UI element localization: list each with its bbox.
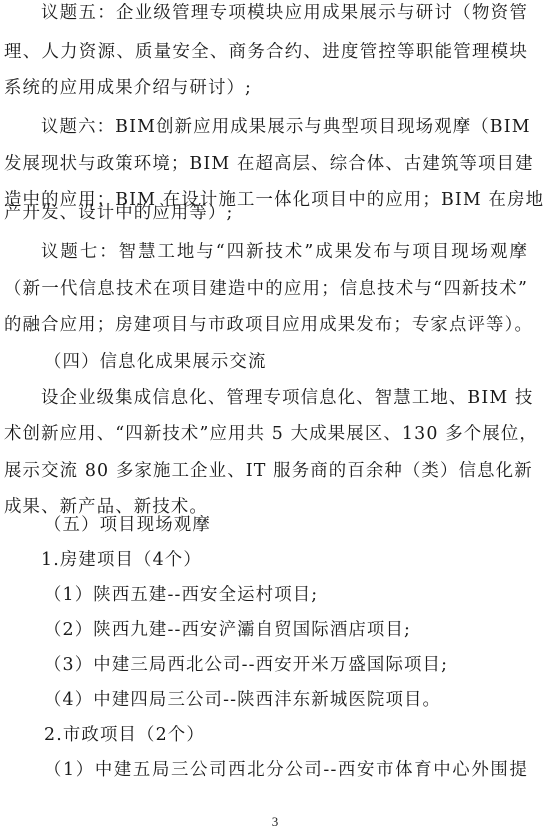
topic-5-line-2: 理、人力资源、质量安全、商务合约、进度管控等职能管理模块 xyxy=(4,40,528,64)
topic-6-line-4: 产开发、设计中的应用等）; xyxy=(4,201,528,225)
document-page: 议题五：企业级管理专项模块应用成果展示与研讨（物资管 理、人力资源、质量安全、商… xyxy=(0,0,550,832)
list-item-municipal-project-1: （1）中建五局三公司西北分公司--西安市体育中心外围提 xyxy=(44,758,528,782)
topic-5-line-3: 系统的应用成果介绍与研讨）; xyxy=(4,76,528,100)
section-4-body-line-3: 展示交流 80 多家施工企业、IT 服务商的百余种（类）信息化新 xyxy=(4,459,528,483)
topic-7-line-3: 的融合应用；房建项目与市政项目应用成果发布；专家点评等）。 xyxy=(4,313,528,337)
subsection-1-heading: 1.房建项目（4个） xyxy=(41,548,528,572)
section-4-body-line-1: 设企业级集成信息化、管理专项信息化、智慧工地、BIM 技 xyxy=(41,386,528,410)
topic-7-line-1: 议题七：智慧工地与“四新技术”成果发布与项目现场观摩 xyxy=(41,240,528,264)
page-number: 3 xyxy=(0,812,550,832)
section-5-heading: （五）项目现场观摩 xyxy=(44,513,528,537)
topic-6-line-2: 发展现状与政策环境；BIM 在超高层、综合体、古建筑等项目建 xyxy=(4,152,528,176)
section-4-body-line-2: 术创新应用、“四新技术”应用共 5 大成果展区、130 多个展位， xyxy=(4,422,528,446)
list-item-building-project-3: （3）中建三局西北公司--西安开米万盛国际项目; xyxy=(44,653,528,677)
topic-6-line-1: 议题六：BIM创新应用成果展示与典型项目现场观摩（BIM xyxy=(41,115,528,139)
topic-7-line-2: （新一代信息技术在项目建造中的应用；信息技术与“四新技术” xyxy=(4,277,528,301)
subsection-2-heading: 2.市政项目（2个） xyxy=(44,723,528,747)
list-item-building-project-4: （4）中建四局三公司--陕西沣东新城医院项目。 xyxy=(44,688,528,712)
list-item-building-project-1: （1）陕西五建--西安全运村项目; xyxy=(44,583,528,607)
section-4-heading: （四）信息化成果展示交流 xyxy=(44,350,528,374)
topic-5-line-1: 议题五：企业级管理专项模块应用成果展示与研讨（物资管 xyxy=(41,1,528,25)
list-item-building-project-2: （2）陕西九建--西安浐灞自贸国际酒店项目; xyxy=(44,618,528,642)
